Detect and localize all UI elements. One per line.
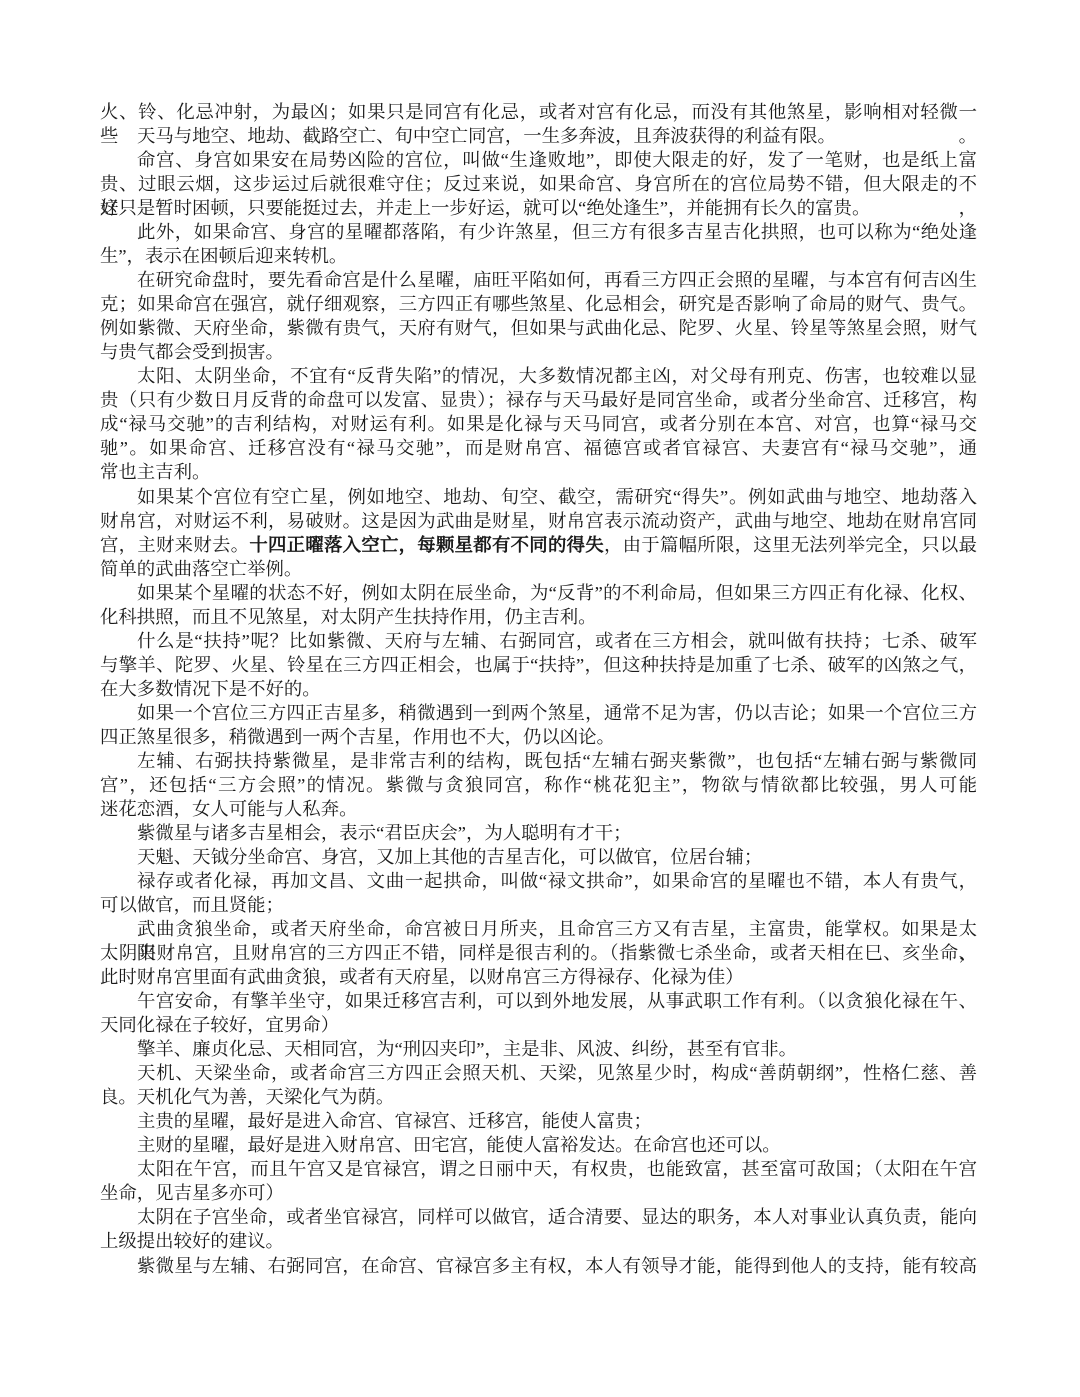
text-line: 财帛宫，对财运不利，易破财。这是因为武曲是财星，财帛宫表示流动资产，武曲与地空、… (100, 509, 977, 533)
text-line: 命宫、身宫如果安在局势凶险的宫位，叫做“生逢败地”，即使大限走的好，发了一笔财，… (100, 148, 977, 172)
text-line: 贵、过眼云烟，这步运过后就很难守住；反过来说，如果命宫、身宫所在的宫位局势不错，… (100, 172, 977, 196)
text-line: 在大多数情况下是不好的。 (100, 677, 977, 701)
text-line-content: 天魁、天钺分坐命宫、身宫，又加上其他的吉星吉化，可以做官，位居台辅； (137, 845, 762, 869)
text-line-content: 驰”。如果命宫、迁移宫没有“禄马交驰”，而是财帛宫、福德宫或者官禄宫、夫妻宫有“… (100, 436, 977, 460)
text-line-content: 贵、过眼云烟，这步运过后就很难守住；反过来说，如果命宫、身宫所在的宫位局势不错，… (100, 172, 977, 196)
text-line-content: 可以做官，而且贤能； (100, 893, 284, 917)
text-line-content: 简单的武曲落空亡举例。 (100, 557, 302, 581)
text-line-content: 与贵气都会受到损害。 (100, 340, 284, 364)
text-line: 武曲贪狼坐命，或者天府坐命，命宫被日月所夹，且命宫三方又有吉星，主富贵，能掌权。… (100, 917, 977, 941)
text-line-content: 太阴在子宫坐命，或者坐官禄宫，同样可以做官，适合清要、显达的职务，本人对事业认真… (137, 1205, 977, 1229)
text-line: 太阳、太阴坐命，不宜有“反背失陷”的情况，大多数情况都主凶，对父母有刑克、伤害，… (100, 364, 977, 388)
text-line: 如果某个星曜的状态不好，例如太阴在辰坐命，为“反背”的不利命局，但如果三方四正有… (100, 581, 977, 605)
text-line: 如果某个宫位有空亡星，例如地空、地劫、旬空、截空，需研究“得失”。例如武曲与地空… (100, 485, 977, 509)
text-line: 可以做官，而且贤能； (100, 893, 977, 917)
text-line: 驰”。如果命宫、迁移宫没有“禄马交驰”，而是财帛宫、福德宫或者官禄宫、夫妻宫有“… (100, 436, 977, 460)
text-line: 天同化禄在子较好，宜男命） (100, 1013, 977, 1037)
text-run: 宫，主财来财去。 (100, 535, 249, 555)
text-line-content: 如果某个星曜的状态不好，例如太阴在辰坐命，为“反背”的不利命局，但如果三方四正有… (137, 581, 977, 605)
text-line-content: 例如紫微、天府坐命，紫微有贵气，天府有财气，但如果与武曲化忌、陀罗、火星、铃星等… (100, 316, 977, 340)
text-line-content: 成“禄马交驰”的吉利结构，对财运有利。如果是化禄与天马同宫，或者分别在本宫、对宫… (100, 412, 977, 436)
document-page: 火、铃、化忌冲射，为最凶；如果只是同宫有化忌，或者对宫有化忌，而没有其他煞星，影… (100, 100, 977, 1278)
text-line: 上级提出较好的建议。 (100, 1229, 977, 1253)
text-line: 与擎羊、陀罗、火星、铃星在三方四正相会，也属于“扶持”，但这种扶持是加重了七杀、… (100, 653, 977, 677)
text-line-content: 贵（只有少数日月反背的命盘可以发富、显贵）；禄存与天马最好是同宫坐命，或者分坐命… (100, 388, 977, 412)
text-line: 此外，如果命宫、身宫的星曜都落陷，有少许煞星，但三方有很多吉星吉化拱照，也可以称… (100, 220, 977, 244)
text-line: 四正煞星很多，稍微遇到一两个吉星，作用也不大，仍以凶论。 (100, 725, 977, 749)
text-line: 天魁、天钺分坐命宫、身宫，又加上其他的吉星吉化，可以做官，位居台辅； (100, 845, 977, 869)
text-line-content: 紫微星与左辅、右弼同宫，在命宫、官禄宫多主有权，本人有领导才能，能得到他人的支持… (137, 1254, 977, 1278)
text-line-content: 太阴夹财帛宫，且财帛宫的三方四正不错，同样是很吉利的。（指紫微七杀坐命，或者天相… (100, 941, 977, 965)
text-line-content: 克；如果命宫在强宫，就仔细观察，三方四正有哪些煞星、化忌相会，研究是否影响了命局… (100, 292, 977, 316)
text-line-content: 迷花恋酒，女人可能与人私奔。 (100, 797, 357, 821)
text-line: 常也主吉利。 (100, 460, 977, 484)
text-line-content: 在研究命盘时，要先看命宫是什么星曜，庙旺平陷如何，再看三方四正会照的星曜，与本宫… (137, 268, 977, 292)
text-line: 克；如果命宫在强宫，就仔细观察，三方四正有哪些煞星、化忌相会，研究是否影响了命局… (100, 292, 977, 316)
text-line-content: 四正煞星很多，稍微遇到一两个吉星，作用也不大，仍以凶论。 (100, 725, 615, 749)
text-line: 宫，主财来财去。十四正曜落入空亡，每颗星都有不同的得失，由于篇幅所限，这里无法列… (100, 533, 977, 557)
text-line-content: 上级提出较好的建议。 (100, 1229, 284, 1253)
text-line-content: 火、铃、化忌冲射，为最凶；如果只是同宫有化忌，或者对宫有化忌，而没有其他煞星，影… (100, 100, 977, 124)
text-line: 紫微星与左辅、右弼同宫，在命宫、官禄宫多主有权，本人有领导才能，能得到他人的支持… (100, 1254, 977, 1278)
text-line-content: 午宫安命，有擎羊坐守，如果迁移宫吉利，可以到外地发展，从事武职工作有利。（以贪狼… (137, 989, 977, 1013)
text-line-content: 化科拱照，而且不见煞星，对太阴产生扶持作用，仍主吉利。 (100, 605, 597, 629)
text-line-content: 财帛宫，对财运不利，易破财。这是因为武曲是财星，财帛宫表示流动资产，武曲与地空、… (100, 509, 977, 533)
text-line: 这只是暂时困顿，只要能挺过去，并走上一步好运，就可以“绝处逢生”，并能拥有长久的… (100, 196, 977, 220)
text-line-content: 宫”，还包括“三方会照”的情况。紫微与贪狼同宫，称作“桃花犯主”，物欲与情欲都比… (100, 773, 977, 797)
text-line: 在研究命盘时，要先看命宫是什么星曜，庙旺平陷如何，再看三方四正会照的星曜，与本宫… (100, 268, 977, 292)
text-line: 擎羊、廉贞化忌、天相同宫，为“刑囚夹印”，主是非、风波、纠纷，甚至有官非。 (100, 1037, 977, 1061)
text-line-content: 如果一个宫位三方四正吉星多，稍微遇到一到两个煞星，通常不足为害，仍以吉论；如果一… (137, 701, 977, 725)
text-line: 主财的星曜，最好是进入财帛宫、田宅宫，能使人富裕发达。在命宫也还可以。 (100, 1133, 977, 1157)
text-line: 左辅、右弼扶持紫微星，是非常吉利的结构，既包括“左辅右弼夹紫微”，也包括“左辅右… (100, 749, 977, 773)
text-line: 贵（只有少数日月反背的命盘可以发富、显贵）；禄存与天马最好是同宫坐命，或者分坐命… (100, 388, 977, 412)
text-line-content: 与擎羊、陀罗、火星、铃星在三方四正相会，也属于“扶持”，但这种扶持是加重了七杀、… (100, 653, 977, 677)
text-line: 天机、天梁坐命，或者命宫三方四正会照天机、天梁，见煞星少时，构成“善荫朝纲”，性… (100, 1061, 977, 1085)
text-line-content: 太阳在午宫，而且午宫又是官禄宫，谓之日丽中天，有权贵，也能致富，甚至富可敌国；（… (137, 1157, 977, 1181)
text-line-content: 如果某个宫位有空亡星，例如地空、地劫、旬空、截空，需研究“得失”。例如武曲与地空… (137, 485, 977, 509)
text-line: 成“禄马交驰”的吉利结构，对财运有利。如果是化禄与天马同宫，或者分别在本宫、对宫… (100, 412, 977, 436)
text-line: 禄存或者化禄，再加文昌、文曲一起拱命，叫做“禄文拱命”，如果命宫的星曜也不错，本… (100, 869, 977, 893)
text-line-content: 在大多数情况下是不好的。 (100, 677, 321, 701)
text-line: 坐命，见吉星多亦可） (100, 1181, 977, 1205)
text-line: 简单的武曲落空亡举例。 (100, 557, 977, 581)
text-line-content: 禄存或者化禄，再加文昌、文曲一起拱命，叫做“禄文拱命”，如果命宫的星曜也不错，本… (137, 869, 977, 893)
text-line-content: 常也主吉利。 (100, 460, 210, 484)
text-line: 良。天机化气为善，天梁化气为荫。 (100, 1085, 977, 1109)
text-line-content: 宫，主财来财去。十四正曜落入空亡，每颗星都有不同的得失，由于篇幅所限，这里无法列… (100, 533, 977, 557)
text-line-content: 太阳、太阴坐命，不宜有“反背失陷”的情况，大多数情况都主凶，对父母有刑克、伤害，… (137, 364, 977, 388)
text-line-content: 天同化禄在子较好，宜男命） (100, 1013, 339, 1037)
text-line: 午宫安命，有擎羊坐守，如果迁移宫吉利，可以到外地发展，从事武职工作有利。（以贪狼… (100, 989, 977, 1013)
text-line: 太阳在午宫，而且午宫又是官禄宫，谓之日丽中天，有权贵，也能致富，甚至富可敌国；（… (100, 1157, 977, 1181)
text-line: 与贵气都会受到损害。 (100, 340, 977, 364)
text-line-content: 坐命，见吉星多亦可） (100, 1181, 284, 1205)
text-line-content: 生”，表示在困顿后迎来转机。 (100, 244, 347, 268)
text-line-content: 武曲贪狼坐命，或者天府坐命，命宫被日月所夹，且命宫三方又有吉星，主富贵，能掌权。… (137, 917, 977, 941)
text-line: 迷花恋酒，女人可能与人私奔。 (100, 797, 977, 821)
text-line: 太阴夹财帛宫，且财帛宫的三方四正不错，同样是很吉利的。（指紫微七杀坐命，或者天相… (100, 941, 977, 965)
text-line-content: 什么是“扶持”呢？比如紫微、天府与左辅、右弼同宫，或者在三方相会，就叫做有扶持；… (137, 629, 977, 653)
text-run: ，由于篇幅所限，这里无法列举完全，只以最 (604, 535, 977, 555)
text-line: 如果一个宫位三方四正吉星多，稍微遇到一到两个煞星，通常不足为害，仍以吉论；如果一… (100, 701, 977, 725)
text-line-content: 紫微星与诸多吉星相会，表示“君臣庆会”，为人聪明有才干； (137, 821, 631, 845)
text-line-content: 主财的星曜，最好是进入财帛宫、田宅宫，能使人富裕发达。在命宫也还可以。 (137, 1133, 781, 1157)
text-line: 生”，表示在困顿后迎来转机。 (100, 244, 977, 268)
text-line-content: 擎羊、廉贞化忌、天相同宫，为“刑囚夹印”，主是非、风波、纠纷，甚至有官非。 (137, 1037, 797, 1061)
text-line: 例如紫微、天府坐命，紫微有贵气，天府有财气，但如果与武曲化忌、陀罗、火星、铃星等… (100, 316, 977, 340)
text-line-content: 天马与地空、地劫、截路空亡、旬中空亡同宫，一生多奔波，且奔波获得的利益有限。 (137, 124, 836, 148)
text-line: 太阴在子宫坐命，或者坐官禄宫，同样可以做官，适合清要、显达的职务，本人对事业认真… (100, 1205, 977, 1229)
text-line-content: 良。天机化气为善，天梁化气为荫。 (100, 1085, 394, 1109)
text-line: 火、铃、化忌冲射，为最凶；如果只是同宫有化忌，或者对宫有化忌，而没有其他煞星，影… (100, 100, 977, 124)
text-line-content: 此外，如果命宫、身宫的星曜都落陷，有少许煞星，但三方有很多吉星吉化拱照，也可以称… (137, 220, 977, 244)
text-line: 此时财帛宫里面有武曲贪狼，或者有天府星，以财帛宫三方得禄存、化禄为佳） (100, 965, 977, 989)
text-line-content: 左辅、右弼扶持紫微星，是非常吉利的结构，既包括“左辅右弼夹紫微”，也包括“左辅右… (137, 749, 977, 773)
text-line-content: 主贵的星曜，最好是进入命宫、官禄宫、迁移宫，能使人富贵； (137, 1109, 652, 1133)
text-line: 紫微星与诸多吉星相会，表示“君臣庆会”，为人聪明有才干； (100, 821, 977, 845)
text-line-content: 天机、天梁坐命，或者命宫三方四正会照天机、天梁，见煞星少时，构成“善荫朝纲”，性… (137, 1061, 977, 1085)
text-line-content: 这只是暂时困顿，只要能挺过去，并走上一步好运，就可以“绝处逢生”，并能拥有长久的… (100, 196, 870, 220)
text-line-content: 此时财帛宫里面有武曲贪狼，或者有天府星，以财帛宫三方得禄存、化禄为佳） (100, 965, 744, 989)
text-line: 主贵的星曜，最好是进入命宫、官禄宫、迁移宫，能使人富贵； (100, 1109, 977, 1133)
text-line-content: 命宫、身宫如果安在局势凶险的宫位，叫做“生逢败地”，即使大限走的好，发了一笔财，… (137, 148, 977, 172)
text-line: 什么是“扶持”呢？比如紫微、天府与左辅、右弼同宫，或者在三方相会，就叫做有扶持；… (100, 629, 977, 653)
text-line: 宫”，还包括“三方会照”的情况。紫微与贪狼同宫，称作“桃花犯主”，物欲与情欲都比… (100, 773, 977, 797)
text-line: 化科拱照，而且不见煞星，对太阴产生扶持作用，仍主吉利。 (100, 605, 977, 629)
bold-emphasis-text: 十四正曜落入空亡，每颗星都有不同的得失 (249, 535, 604, 555)
